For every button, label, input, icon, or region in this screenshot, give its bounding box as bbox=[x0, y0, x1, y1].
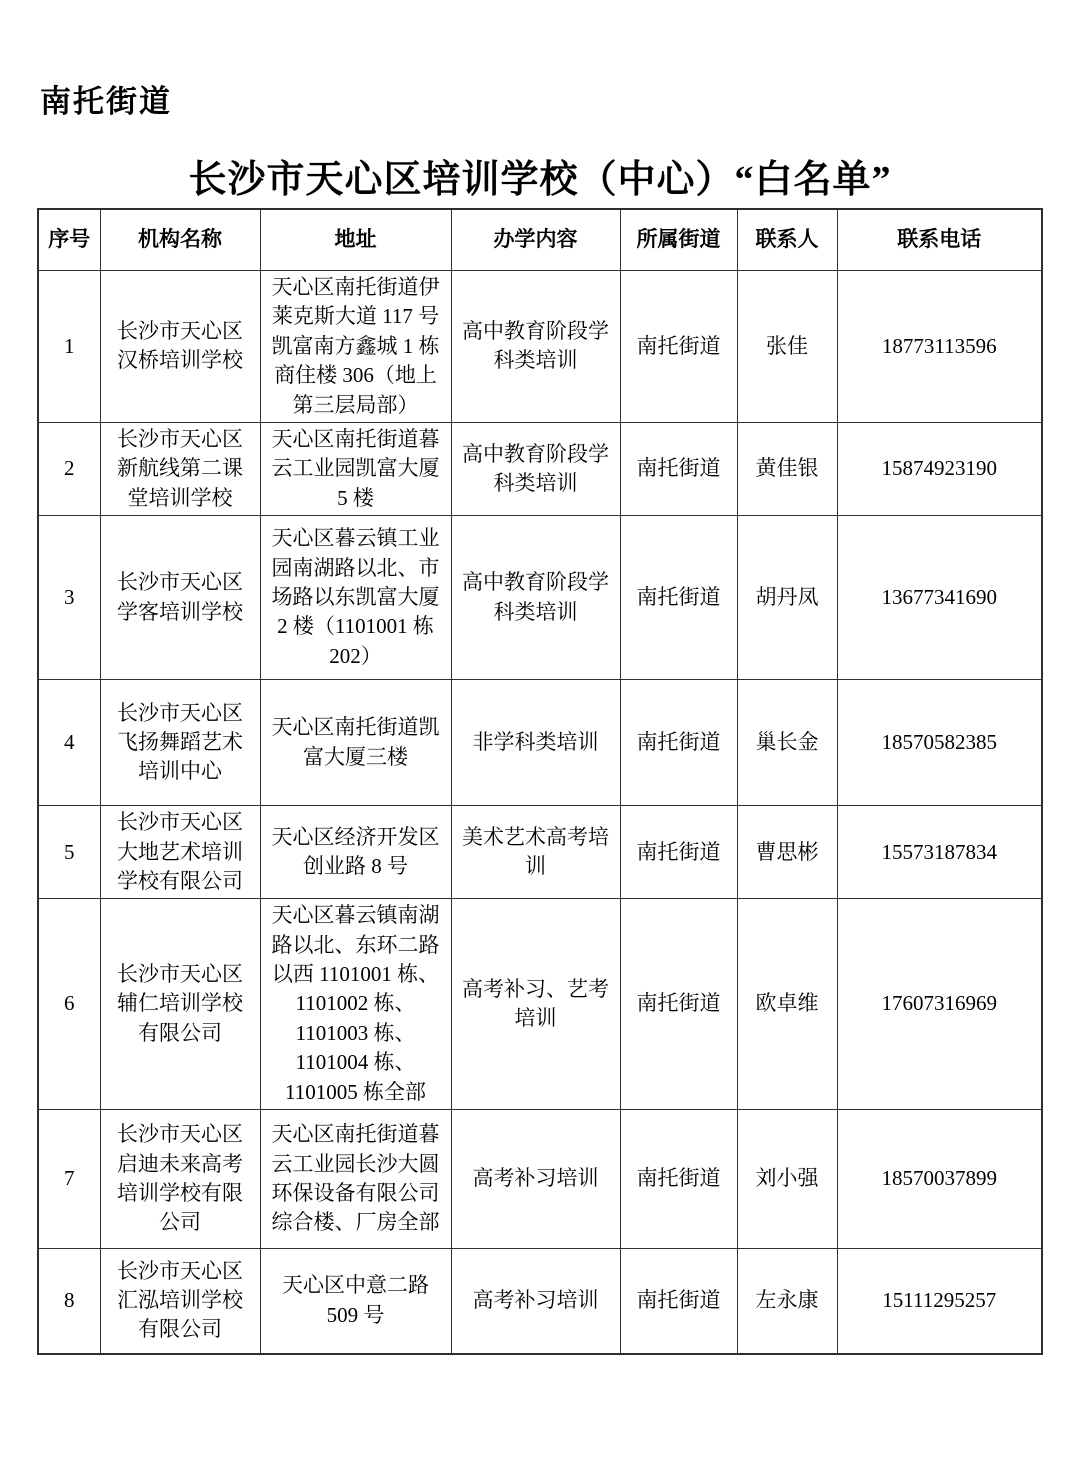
section-heading: 南托街道 bbox=[40, 76, 172, 121]
table-row: 8 长沙市天心区汇泓培训学校有限公司 天心区中意二路 509 号 高考补习培训 … bbox=[38, 1249, 1042, 1354]
address-cell: 天心区暮云镇工业园南湖路以北、市场路以东凯富大厦 2 楼（1101001 栋 2… bbox=[260, 516, 451, 680]
institution-name-cell: 长沙市天心区辅仁培训学校有限公司 bbox=[100, 899, 260, 1110]
table-row: 3 长沙市天心区学客培训学校 天心区暮云镇工业园南湖路以北、市场路以东凯富大厦 … bbox=[38, 516, 1042, 680]
street-cell: 南托街道 bbox=[620, 516, 737, 680]
institution-name-cell: 长沙市天心区汇泓培训学校有限公司 bbox=[100, 1249, 260, 1354]
street-cell: 南托街道 bbox=[620, 806, 737, 899]
row-number-cell: 8 bbox=[38, 1249, 100, 1354]
address-cell: 天心区南托街道凯富大厦三楼 bbox=[260, 680, 451, 806]
phone-cell: 18570037899 bbox=[837, 1110, 1042, 1249]
row-number-cell: 4 bbox=[38, 680, 100, 806]
contact-person-cell: 左永康 bbox=[737, 1249, 837, 1354]
table-row: 1 长沙市天心区汉桥培训学校 天心区南托街道伊莱克斯大道 117 号凯富南方鑫城… bbox=[38, 271, 1042, 423]
street-cell: 南托街道 bbox=[620, 899, 737, 1110]
address-cell: 天心区暮云镇南湖路以北、东环二路以西 1101001 栋、1101002 栋、1… bbox=[260, 899, 451, 1110]
phone-cell: 15111295257 bbox=[837, 1249, 1042, 1354]
whitelist-table: 序号 机构名称 地址 办学内容 所属街道 联系人 联系电话 1 长沙市天心区汉桥… bbox=[37, 208, 1043, 1355]
phone-cell: 15874923190 bbox=[837, 422, 1042, 515]
contact-person-cell: 曹思彬 bbox=[737, 806, 837, 899]
address-cell: 天心区南托街道暮云工业园长沙大圆环保设备有限公司综合楼、厂房全部 bbox=[260, 1110, 451, 1249]
address-cell: 天心区中意二路 509 号 bbox=[260, 1249, 451, 1354]
table-title: 长沙市天心区培训学校（中心）“白名单” bbox=[0, 148, 1080, 203]
education-content-cell: 高中教育阶段学科类培训 bbox=[451, 271, 620, 423]
institution-name-cell: 长沙市天心区大地艺术培训学校有限公司 bbox=[100, 806, 260, 899]
contact-person-cell: 黄佳银 bbox=[737, 422, 837, 515]
street-cell: 南托街道 bbox=[620, 271, 737, 423]
phone-cell: 18773113596 bbox=[837, 271, 1042, 423]
education-content-cell: 美术艺术高考培训 bbox=[451, 806, 620, 899]
phone-cell: 15573187834 bbox=[837, 806, 1042, 899]
table-row: 2 长沙市天心区新航线第二课堂培训学校 天心区南托街道暮云工业园凯富大厦 5 楼… bbox=[38, 422, 1042, 515]
institution-name-cell: 长沙市天心区飞扬舞蹈艺术培训中心 bbox=[100, 680, 260, 806]
street-cell: 南托街道 bbox=[620, 1249, 737, 1354]
street-cell: 南托街道 bbox=[620, 422, 737, 515]
col-header-institution-name: 机构名称 bbox=[100, 209, 260, 271]
contact-person-cell: 胡丹凤 bbox=[737, 516, 837, 680]
phone-cell: 13677341690 bbox=[837, 516, 1042, 680]
street-cell: 南托街道 bbox=[620, 1110, 737, 1249]
address-cell: 天心区南托街道伊莱克斯大道 117 号凯富南方鑫城 1 栋商住楼 306（地上第… bbox=[260, 271, 451, 423]
col-header-phone: 联系电话 bbox=[837, 209, 1042, 271]
table-header-row: 序号 机构名称 地址 办学内容 所属街道 联系人 联系电话 bbox=[38, 209, 1042, 271]
institution-name-cell: 长沙市天心区学客培训学校 bbox=[100, 516, 260, 680]
col-header-street: 所属街道 bbox=[620, 209, 737, 271]
street-cell: 南托街道 bbox=[620, 680, 737, 806]
education-content-cell: 高考补习培训 bbox=[451, 1249, 620, 1354]
row-number-cell: 1 bbox=[38, 271, 100, 423]
row-number-cell: 7 bbox=[38, 1110, 100, 1249]
col-header-address: 地址 bbox=[260, 209, 451, 271]
education-content-cell: 高考补习培训 bbox=[451, 1110, 620, 1249]
table-row: 6 长沙市天心区辅仁培训学校有限公司 天心区暮云镇南湖路以北、东环二路以西 11… bbox=[38, 899, 1042, 1110]
table-row: 4 长沙市天心区飞扬舞蹈艺术培训中心 天心区南托街道凯富大厦三楼 非学科类培训 … bbox=[38, 680, 1042, 806]
education-content-cell: 高中教育阶段学科类培训 bbox=[451, 422, 620, 515]
col-header-contact-person: 联系人 bbox=[737, 209, 837, 271]
contact-person-cell: 张佳 bbox=[737, 271, 837, 423]
address-cell: 天心区南托街道暮云工业园凯富大厦 5 楼 bbox=[260, 422, 451, 515]
row-number-cell: 3 bbox=[38, 516, 100, 680]
row-number-cell: 6 bbox=[38, 899, 100, 1110]
col-header-number: 序号 bbox=[38, 209, 100, 271]
education-content-cell: 高中教育阶段学科类培训 bbox=[451, 516, 620, 680]
institution-name-cell: 长沙市天心区启迪未来高考培训学校有限公司 bbox=[100, 1110, 260, 1249]
address-cell: 天心区经济开发区创业路 8 号 bbox=[260, 806, 451, 899]
education-content-cell: 高考补习、艺考培训 bbox=[451, 899, 620, 1110]
table-row: 7 长沙市天心区启迪未来高考培训学校有限公司 天心区南托街道暮云工业园长沙大圆环… bbox=[38, 1110, 1042, 1249]
contact-person-cell: 欧卓维 bbox=[737, 899, 837, 1110]
education-content-cell: 非学科类培训 bbox=[451, 680, 620, 806]
col-header-education-content: 办学内容 bbox=[451, 209, 620, 271]
phone-cell: 18570582385 bbox=[837, 680, 1042, 806]
contact-person-cell: 刘小强 bbox=[737, 1110, 837, 1249]
phone-cell: 17607316969 bbox=[837, 899, 1042, 1110]
table-row: 5 长沙市天心区大地艺术培训学校有限公司 天心区经济开发区创业路 8 号 美术艺… bbox=[38, 806, 1042, 899]
row-number-cell: 2 bbox=[38, 422, 100, 515]
institution-name-cell: 长沙市天心区汉桥培训学校 bbox=[100, 271, 260, 423]
row-number-cell: 5 bbox=[38, 806, 100, 899]
institution-name-cell: 长沙市天心区新航线第二课堂培训学校 bbox=[100, 422, 260, 515]
contact-person-cell: 巢长金 bbox=[737, 680, 837, 806]
